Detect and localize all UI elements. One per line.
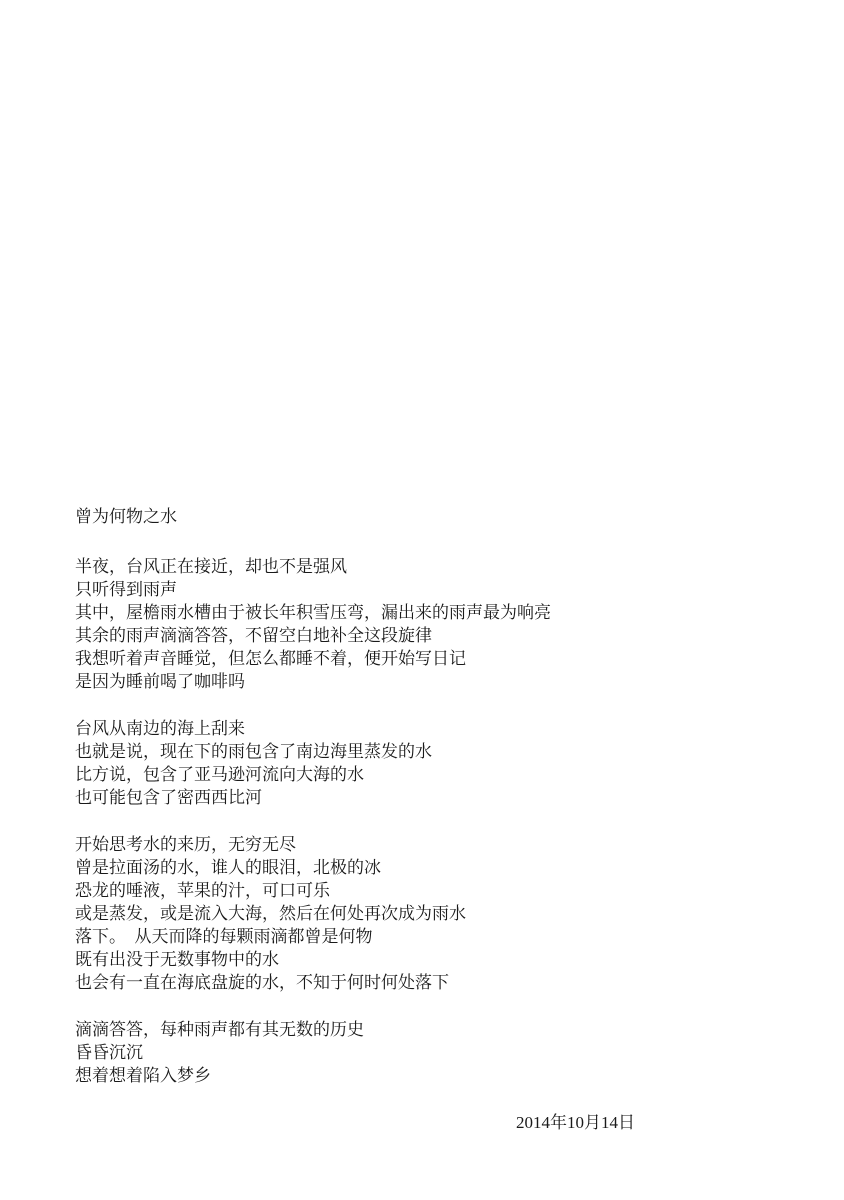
poem-line: 是因为睡前喝了咖啡吗 [75,670,804,693]
poem-line: 也可能包含了密西西比河 [75,786,804,809]
poem-title: 曾为何物之水 [75,505,804,528]
poem-line: 其余的雨声滴滴答答，不留空白地补全这段旋律 [75,624,804,647]
poem-line: 台风从南边的海上刮来 [75,717,804,740]
document-page: 曾为何物之水 半夜，台风正在接近，却也不是强风只听得到雨声其中，屋檐雨水槽由于被… [0,0,844,1200]
poem-line: 昏昏沉沉 [75,1041,804,1064]
poem: 曾为何物之水 半夜，台风正在接近，却也不是强风只听得到雨声其中，屋檐雨水槽由于被… [75,505,804,1134]
stanza: 半夜，台风正在接近，却也不是强风只听得到雨声其中，屋檐雨水槽由于被长年积雪压弯，… [75,555,804,693]
poem-line: 比方说，包含了亚马逊河流向大海的水 [75,763,804,786]
poem-line: 曾是拉面汤的水，谁人的眼泪，北极的冰 [75,856,804,879]
poem-line: 想着想着陷入梦乡 [75,1064,804,1087]
stanza: 台风从南边的海上刮来也就是说，现在下的雨包含了南边海里蒸发的水比方说，包含了亚马… [75,717,804,809]
stanza: 开始思考水的来历，无穷无尽曾是拉面汤的水，谁人的眼泪，北极的冰恐龙的唾液，苹果的… [75,833,804,994]
poem-line: 只听得到雨声 [75,578,804,601]
poem-body: 半夜，台风正在接近，却也不是强风只听得到雨声其中，屋檐雨水槽由于被长年积雪压弯，… [75,555,804,1087]
date-line: 2014年10月14日 [516,1111,804,1134]
poem-line: 滴滴答答，每种雨声都有其无数的历史 [75,1018,804,1041]
poem-line: 既有出没于无数事物中的水 [75,948,804,971]
poem-line: 落下。 从天而降的每颗雨滴都曾是何物 [75,925,804,948]
poem-line: 半夜，台风正在接近，却也不是强风 [75,555,804,578]
poem-line: 也就是说，现在下的雨包含了南边海里蒸发的水 [75,740,804,763]
poem-line: 其中，屋檐雨水槽由于被长年积雪压弯，漏出来的雨声最为响亮 [75,601,804,624]
stanza: 滴滴答答，每种雨声都有其无数的历史昏昏沉沉想着想着陷入梦乡 [75,1018,804,1087]
poem-line: 开始思考水的来历，无穷无尽 [75,833,804,856]
poem-line: 或是蒸发，或是流入大海，然后在何处再次成为雨水 [75,902,804,925]
poem-line: 也会有一直在海底盘旋的水，不知于何时何处落下 [75,971,804,994]
poem-line: 恐龙的唾液，苹果的汁，可口可乐 [75,879,804,902]
poem-line: 我想听着声音睡觉，但怎么都睡不着，便开始写日记 [75,647,804,670]
